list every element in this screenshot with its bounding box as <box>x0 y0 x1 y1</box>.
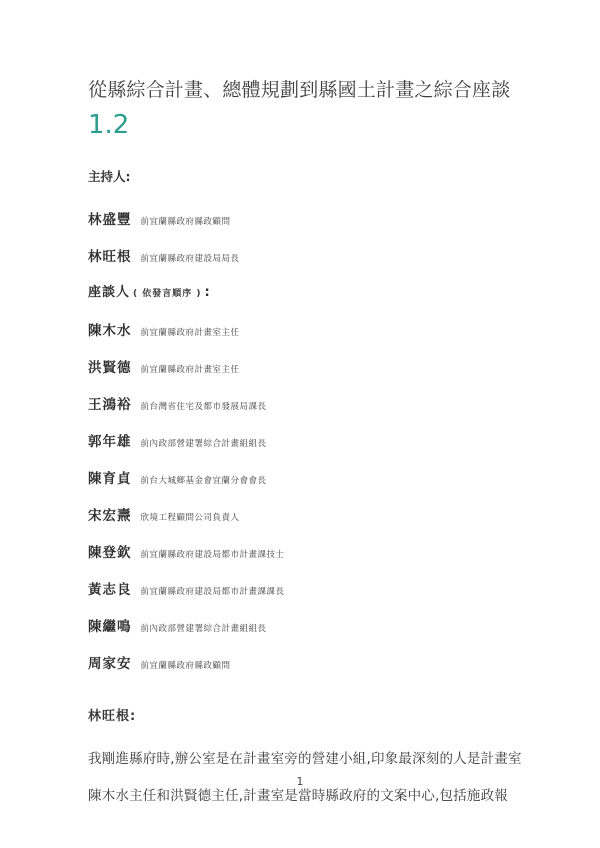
panelist-title: 前宜蘭縣政府計畫室主任 <box>141 326 240 338</box>
page-number: 1 <box>0 776 600 788</box>
panelist-title: 欣境工程顧問公司負責人 <box>141 511 240 523</box>
panelist-name: 王鴻裕 <box>88 393 132 413</box>
paragraph-line: 我剛進縣府時,辦公室是在計畫室旁的營建小組,印象最深刻的人是計畫室 <box>88 747 512 761</box>
panelist-row: 陳木水 前宜蘭縣政府計畫室主任 <box>88 319 512 333</box>
panelist-row: 陳登欽 前宜蘭縣政府建設局都市計畫課技士 <box>88 541 512 555</box>
host-title: 前宜蘭縣政府縣政顧問 <box>141 215 231 227</box>
page-title: 從縣綜合計畫、總體規劃到縣國土計畫之綜合座談 <box>88 0 512 104</box>
panelist-name: 洪賢德 <box>88 356 132 376</box>
panelist-row: 黃志良 前宜蘭縣政府建設局都市計畫課課長 <box>88 578 512 592</box>
host-row: 林旺根 前宜蘭縣政府建設局局長 <box>88 245 512 259</box>
panelist-name: 陳育貞 <box>88 467 132 487</box>
panelist-name: 陳繼鳴 <box>88 615 132 635</box>
host-title: 前宜蘭縣政府建設局局長 <box>141 252 240 264</box>
speaker-heading: 林旺根: <box>88 705 512 724</box>
panelist-title: 前宜蘭縣政府建設局都市計畫課課長 <box>141 585 285 597</box>
panelist-row: 王鴻裕 前台灣省住宅及都市發展局課長 <box>88 393 512 407</box>
host-name: 林旺根 <box>88 245 132 265</box>
panelist-title: 前宜蘭縣政府計畫室主任 <box>141 363 240 375</box>
panelist-row: 陳育貞 前台大城鄉基金會宜蘭分會會長 <box>88 467 512 481</box>
panelist-name: 黃志良 <box>88 578 132 598</box>
panelist-title: 前宜蘭縣政府縣政顧問 <box>141 659 231 671</box>
section-number: 1.2 <box>88 111 512 140</box>
document-page: 從縣綜合計畫、總體規劃到縣國土計畫之綜合座談 1.2 主持人: 林盛豐 前宜蘭縣… <box>0 0 600 848</box>
panelist-label-colon: : <box>205 285 210 300</box>
panelist-row: 周家安 前宜蘭縣政府縣政顧問 <box>88 652 512 666</box>
panelist-section-label-row: 座談人 ( 依發言順序 ) : <box>88 281 512 296</box>
panelist-title: 前內政部營建署綜合計畫組組長 <box>141 622 267 634</box>
panelist-row: 洪賢德 前宜蘭縣政府計畫室主任 <box>88 356 512 370</box>
panelist-row: 宋宏燾 欣境工程顧問公司負責人 <box>88 504 512 518</box>
panelist-section-label: 座談人 <box>88 281 130 300</box>
panelist-title: 前台灣省住宅及都市發展局課長 <box>141 400 267 412</box>
panelist-order-note: ( 依發言順序 ) <box>133 286 202 299</box>
panelist-name: 宋宏燾 <box>88 504 132 524</box>
panelist-row: 陳繼鳴 前內政部營建署綜合計畫組組長 <box>88 615 512 629</box>
host-section-label: 主持人: <box>88 167 512 185</box>
panelist-title: 前內政部營建署綜合計畫組組長 <box>141 437 267 449</box>
panelist-title: 前台大城鄉基金會宜蘭分會會長 <box>141 474 267 486</box>
document-content: 從縣綜合計畫、總體規劃到縣國土計畫之綜合座談 1.2 主持人: 林盛豐 前宜蘭縣… <box>88 0 512 798</box>
panelist-row: 郭年雄 前內政部營建署綜合計畫組組長 <box>88 430 512 444</box>
panelist-title: 前宜蘭縣政府建設局都市計畫課技士 <box>141 548 285 560</box>
panelist-name: 郭年雄 <box>88 430 132 450</box>
panelist-name: 陳登欽 <box>88 541 132 561</box>
panelist-name: 周家安 <box>88 652 132 672</box>
host-name: 林盛豐 <box>88 208 132 228</box>
host-row: 林盛豐 前宜蘭縣政府縣政顧問 <box>88 208 512 222</box>
panelist-name: 陳木水 <box>88 319 132 339</box>
